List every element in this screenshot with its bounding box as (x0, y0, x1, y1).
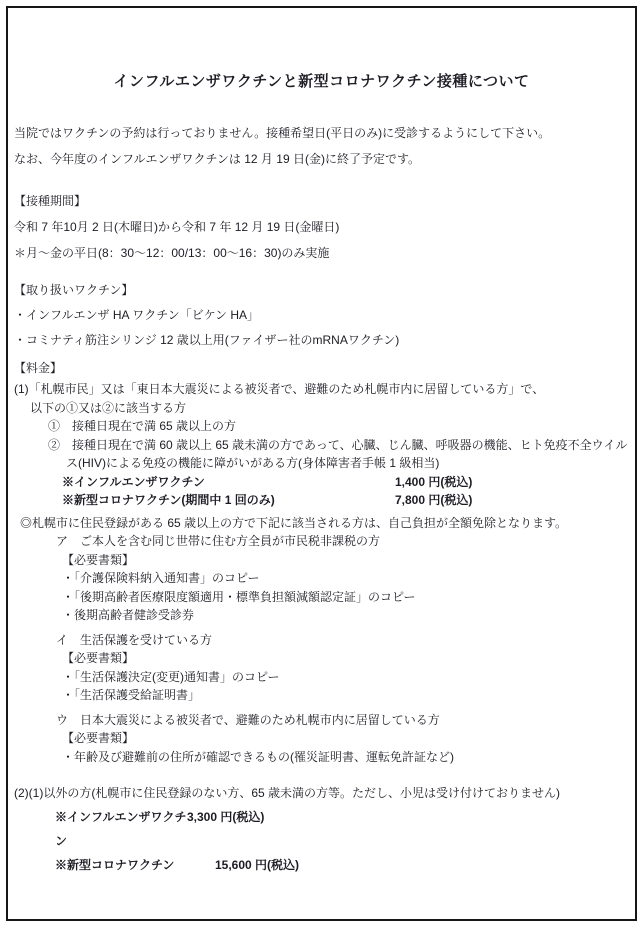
price-value: 3,300 円(税込) (187, 805, 264, 853)
case-b-doc-item: ・「生活保護受給証明書」 (62, 686, 629, 705)
fees-group-1: (1)「札幌市民」又は「東日本大震災による被災者で、避難のため札幌市内に居留して… (14, 380, 629, 766)
price-label: ※新型コロナワクチン (55, 853, 215, 877)
section-vaccination-period: 【接種期間】 令和 7 年10月 2 日(木曜日)から令和 7 年 12 月 1… (14, 188, 629, 266)
price-value: 7,800 円(税込) (395, 491, 472, 510)
group1-condition-2: ② 接種日現在で満 60 歳以上 65 歳未満の方であって、心臓、じん臓、呼吸器… (48, 436, 629, 455)
price-row-influenza: ※インフルエンザワクチン 3,300 円(税込) (55, 805, 629, 853)
page-title: インフルエンザワクチンと新型コロナワクチン接種について (14, 70, 629, 94)
intro-line: 当院ではワクチンの予約は行っておりません。接種希望日(平日のみ)に受診するように… (14, 120, 629, 146)
group2-intro-line: (2)(1)以外の方(札幌市に住民登録のない方、65 歳未満の方等。ただし、小児… (14, 782, 629, 805)
price-row-covid: ※新型コロナワクチン 15,600 円(税込) (55, 853, 629, 877)
price-row-influenza: ※インフルエンザワクチン 1,400 円(税込) (62, 473, 629, 492)
group1-condition-1: ① 接種日現在で満 65 歳以上の方 (48, 417, 629, 436)
price-value: 15,600 円(税込) (215, 853, 299, 877)
case-c-docs-header: 【必要書類】 (62, 729, 629, 748)
group1-condition-2-cont: ス(HIV)による免疫の機能に障がいがある方(身体障害者手帳 1 級相当) (66, 454, 629, 473)
price-label: ※インフルエンザワクチン (62, 473, 395, 492)
case-a-doc-item: ・「後期高齢者医療限度額適用・標準負担額減額認定証」のコピー (62, 588, 629, 607)
vaccine-item: ・コミナティ筋注シリンジ 12 歳以上用(ファイザー社のmRNAワクチン) (14, 328, 629, 353)
section-header-fees: 【料金】 (14, 359, 629, 378)
case-b-docs-header: 【必要書類】 (62, 649, 629, 668)
section-header-period: 【接種期間】 (14, 188, 629, 214)
case-c-doc-item: ・年齢及び避難前の住所が確認できるもの(罹災証明書、運転免許証など) (62, 748, 629, 767)
case-b-title: イ 生活保護を受けている方 (56, 631, 629, 650)
price-label: ※インフルエンザワクチン (55, 805, 187, 853)
intro-paragraph: 当院ではワクチンの予約は行っておりません。接種希望日(平日のみ)に受診するように… (14, 120, 629, 172)
case-a-doc-item: ・「介護保険料納入通知書」のコピー (62, 569, 629, 588)
section-available-vaccines: 【取り扱いワクチン】 ・インフルエンザ HA ワクチン「ビケン HA」 ・コミナ… (14, 278, 629, 353)
case-b-doc-item: ・「生活保護決定(変更)通知書」のコピー (62, 668, 629, 687)
price-value: 1,400 円(税込) (395, 473, 472, 492)
case-c-title: ウ 日本大震災による被災者で、避難のため札幌市内に居留している方 (56, 711, 629, 730)
section-header-vaccines: 【取り扱いワクチン】 (14, 278, 629, 303)
section-fees: 【料金】 (1)「札幌市民」又は「東日本大震災による被災者で、避難のため札幌市内… (14, 359, 629, 877)
vaccine-item: ・インフルエンザ HA ワクチン「ビケン HA」 (14, 303, 629, 328)
period-line: 令和 7 年10月 2 日(木曜日)から令和 7 年 12 月 19 日(金曜日… (14, 214, 629, 240)
case-a-doc-item: ・後期高齢者健診受診券 (62, 606, 629, 625)
group1-intro-line: (1)「札幌市民」又は「東日本大震災による被災者で、避難のため札幌市内に居留して… (14, 380, 629, 399)
case-a-docs-header: 【必要書類】 (62, 551, 629, 570)
document-page: インフルエンザワクチンと新型コロナワクチン接種について 当院ではワクチンの予約は… (6, 6, 637, 921)
price-row-covid: ※新型コロナワクチン(期間中 1 回のみ) 7,800 円(税込) (62, 491, 629, 510)
exemption-note: ◎札幌市に住民登録がある 65 歳以上の方で下記に該当される方は、自己負担が全額… (20, 514, 629, 533)
price-label: ※新型コロナワクチン(期間中 1 回のみ) (62, 491, 395, 510)
group1-intro-line: 以下の①又は②に該当する方 (30, 399, 629, 418)
fees-group-2: (2)(1)以外の方(札幌市に住民登録のない方、65 歳未満の方等。ただし、小児… (14, 782, 629, 877)
intro-line: なお、今年度のインフルエンザワクチンは 12 月 19 日(金)に終了予定です。 (14, 146, 629, 172)
case-a-title: ア ご本人を含む同じ世帯に住む方全員が市民税非課税の方 (56, 532, 629, 551)
period-line: ＊月～金の平日(8：30～12：00/13：00～16：30)のみ実施 (14, 240, 629, 266)
